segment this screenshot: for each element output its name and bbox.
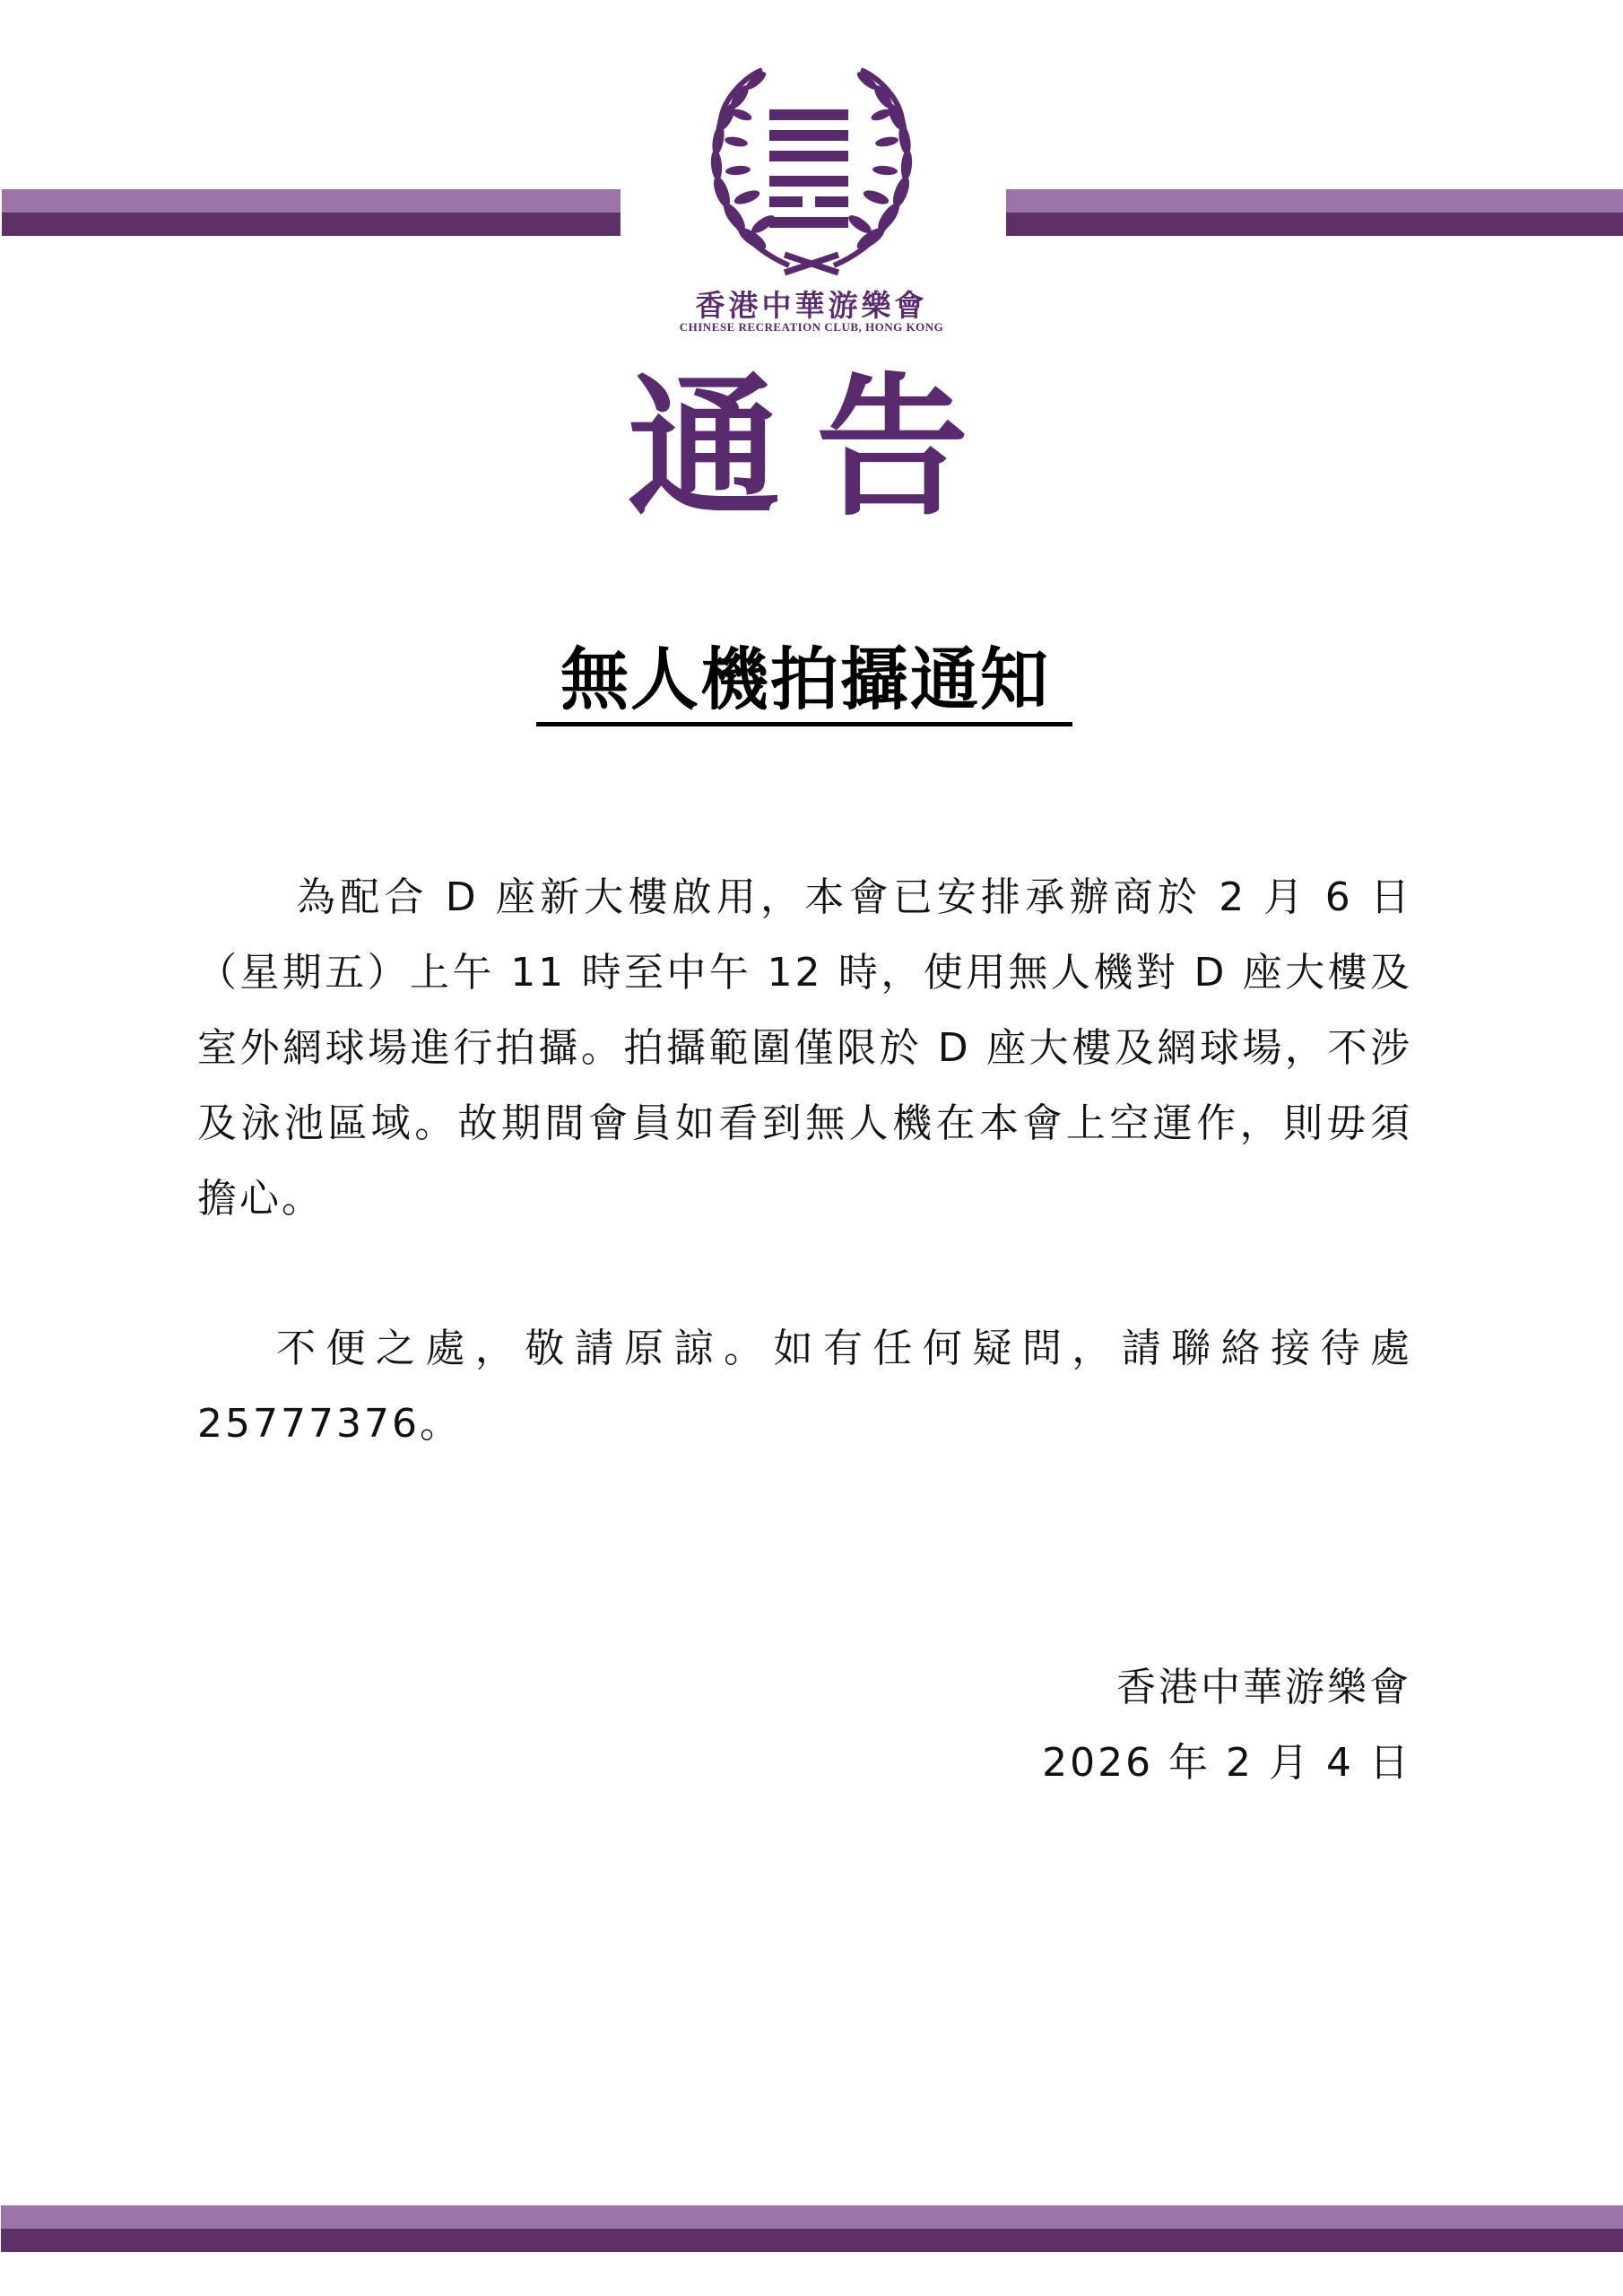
document-title: 無人機拍攝通知: [536, 635, 1074, 725]
signature-organization: 香港中華游樂會: [1116, 1650, 1411, 1726]
title-underline: [536, 722, 1072, 726]
signature-date: 2026 年 2 月 4 日: [1042, 1726, 1411, 1801]
club-name-english: CHINESE RECREATION CLUB, HONG KONG: [628, 320, 995, 335]
decorative-band-top-right: [1006, 189, 1623, 236]
notice-heading: 通告: [628, 363, 1004, 534]
decorative-band-bottom: [1, 2205, 1623, 2252]
body-paragraph-1: 為配合 D 座新大樓啟用，本會已安排承辦商於 2 月 6 日（星期五）上午 11…: [197, 860, 1412, 1237]
club-name-chinese: 香港中華游樂會: [628, 283, 995, 325]
body-paragraph-2: 不便之處，敬請原諒。如有任何疑問，請聯絡接待處 25777376。: [197, 1311, 1412, 1462]
laurel-wreath-hexagram-icon: [695, 61, 928, 285]
decorative-band-top-left: [2, 189, 621, 236]
